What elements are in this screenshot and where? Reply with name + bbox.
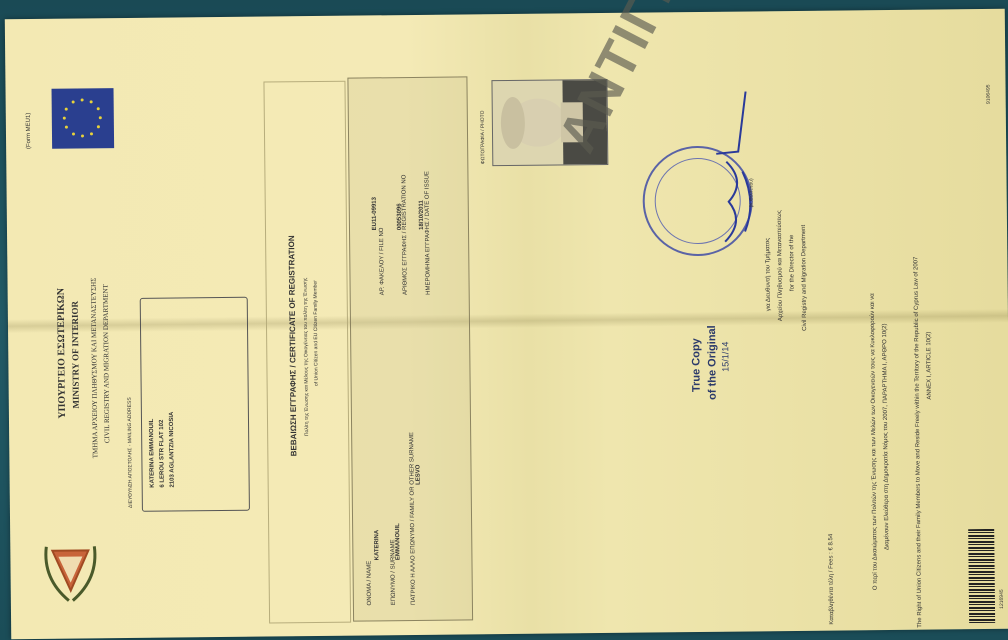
date-of-issue-label: ΗΜΕΡΟΜΗΝΙΑ ΕΓΓΡΑΦΗΣ / DATE OF ISSUE — [424, 171, 431, 295]
registration-no-label: ΑΡΙΘΜΟΣ ΕΓΓΡΑΦΗΣ / REGISTRATION NO — [401, 175, 408, 295]
signatory-line-2: Αρχείου Πληθυσμού και Μεταναστεύσεως — [777, 210, 784, 321]
signatory-initials: (Κ.Φιλίππου) — [748, 178, 754, 207]
signatory-line-1: για Διευθυντή του Τμήματος — [765, 238, 772, 311]
surname-value: EMMANOUIL — [395, 523, 401, 560]
certificate-document: (Form MEU1) ΥΠΟΥΡΓΕΙΟ ΕΣΩΤΕΡΙΚΩΝ MINISTR… — [5, 9, 1008, 639]
name-label: ΟΝΟΜΑ / NAME — [366, 561, 372, 606]
serial-number: 9106495 — [986, 84, 992, 104]
signatory-line-3: for the Director of the — [789, 235, 796, 291]
barcode — [968, 529, 995, 623]
photo-label: ΦΩΤΟΓΡΑΦΙΑ / PHOTO — [480, 110, 487, 164]
file-no-label: ΑΡ. ΦΑΚΕΛΟΥ / FILE NO — [379, 228, 386, 296]
ministry-english: MINISTRY OF INTERIOR — [70, 301, 81, 409]
date-of-issue-value: 18/10/2011 — [419, 200, 425, 230]
address-line-3: 2103 AGLANTZIA NICOSIA — [169, 412, 176, 488]
eu-flag-icon — [52, 88, 115, 149]
true-copy-line-1: True Copy — [690, 338, 703, 392]
certificate-subtitle-english: of Union Citizen and EU Citizen Family M… — [313, 280, 320, 386]
copy-watermark: ΑΝΤΙΓΡΑΦΟ-COPY — [546, 0, 837, 162]
cyprus-coat-of-arms-icon — [40, 538, 101, 609]
form-code: (Form MEU1) — [26, 113, 32, 149]
legal-greek-2: Διαμένουν Ελεύθερα στη Δημοκρατία Νόμος … — [882, 323, 890, 550]
address-line-1: KATERINA EMMANOUIL — [149, 419, 156, 488]
legal-annex: ANNEX I, ARTICLE 10(2) — [926, 332, 933, 400]
department-greek: ΤΜΗΜΑ ΑΡΧΕΙΟΥ ΠΛΗΘΥΣΜΟΥ ΚΑΙ ΜΕΤΑΝΑΣΤΕΥΣΗ… — [89, 278, 99, 459]
name-value: KATERINA — [374, 530, 380, 561]
department-english: CIVIL REGISTRY AND MIGRATION DEPARTMENT — [102, 284, 112, 443]
true-copy-line-2: of the Original — [706, 325, 719, 400]
legal-greek-1: Ο περί του Δικαιώματος των Πολιτών της Έ… — [870, 293, 879, 590]
file-no-value: EU11-09913 — [372, 197, 378, 230]
mailing-address-label: ΔΙΕΥΘΥΝΣΗ ΑΠΟΣΤΟΛΗΣ - MAILING ADDRESS — [127, 397, 134, 508]
fees: Καταβληθέντα τέλη / Fees : € 8.54 — [828, 534, 835, 625]
registration-no-value: 00053096 — [397, 203, 403, 230]
signatory-line-4: Civil Registry and Migration Department — [801, 225, 808, 331]
true-copy-date: 15/1/14 — [720, 342, 730, 372]
address-line-2: 6 LEROU STR FLAT 102 — [159, 420, 166, 488]
other-surname-value: LESVO — [415, 465, 421, 485]
barcode-number: 1216945 — [999, 589, 1005, 609]
ministry-greek: ΥΠΟΥΡΓΕΙΟ ΕΣΩΤΕΡΙΚΩΝ — [56, 288, 68, 419]
mailing-address-box — [140, 297, 250, 512]
